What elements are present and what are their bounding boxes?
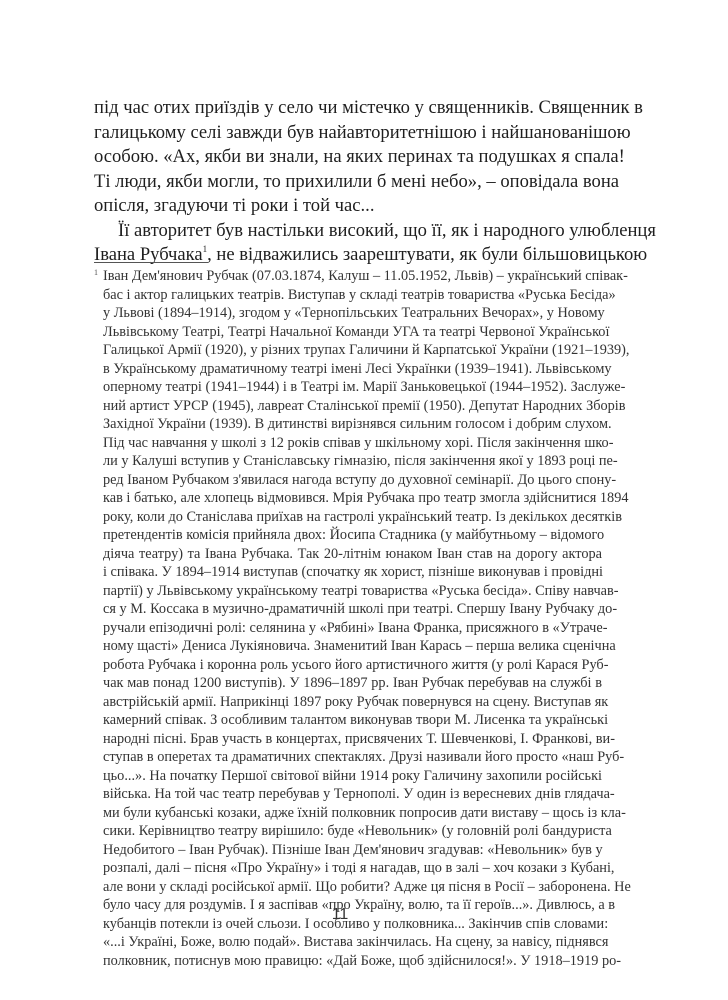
- footnote-line: розпалі, далі – пісня «Про Україну» і то…: [103, 859, 602, 878]
- footnote-marker: 1: [94, 267, 98, 279]
- page-number: 11: [0, 906, 680, 924]
- footnote-line: камерний співак. З особливим талантом ви…: [103, 711, 602, 730]
- footnote-line: партії) у Львівському українському театр…: [103, 582, 602, 601]
- footnote-lines: Іван Дем'янович Рубчак (07.03.1874, Калу…: [94, 267, 602, 970]
- footnote-line: полковник, потиснув мою правицю: «Дай Бо…: [103, 952, 602, 971]
- footnote-line: ступав в оперетах та драматичних спектак…: [103, 748, 602, 767]
- main-line: під час отих приїздів у село чи містечко…: [94, 96, 602, 121]
- footnote-line: ред Іваном Рубчаком з'явилася нагода вст…: [103, 471, 602, 490]
- main-line-with-footnote-ref: Івана Рубчака1, не відважились заарештув…: [94, 243, 602, 268]
- footnote-line: Галицької Армії (1920), у різних трупах …: [103, 341, 602, 360]
- footnote-line: кав і батько, але хлопець відмовився. Мр…: [103, 489, 602, 508]
- paragraph-start-line: Її авторитет був настільки високий, що ї…: [94, 219, 602, 244]
- footnote-line: ся у М. Коссака в музично-драматичній шк…: [103, 600, 602, 619]
- footnote-line: ми були кубанські козаки, адже їхній пол…: [103, 804, 602, 823]
- footnote-line: війська. На той час театр перебував у Те…: [103, 785, 602, 804]
- footnote-line: Іван Дем'янович Рубчак (07.03.1874, Калу…: [103, 267, 602, 286]
- footnote-line: народні пісні. Брав участь в концертах, …: [103, 730, 602, 749]
- footnote-line: Західної України (1939). В дитинстві вир…: [103, 415, 602, 434]
- footnote-line: претендентів комісія прийняла двох: Йоси…: [103, 526, 602, 545]
- main-line: опісля, згадуючи ті роки і той час...: [94, 194, 602, 219]
- footnote-line: бас і актор галицьких театрів. Виступав …: [103, 286, 602, 305]
- footnote-line: ручали епізодичні ролі: селянина у «Ряби…: [103, 619, 602, 638]
- footnote-line: і співака. У 1894–1914 виступав (спочатк…: [103, 563, 602, 582]
- main-line: особою. «Ах, якби ви знали, на яких пери…: [94, 145, 602, 170]
- footnote-line: року, коли до Станіслава приїхав на гаст…: [103, 508, 602, 527]
- footnote-line: але вони у складі російської армії. Що р…: [103, 878, 602, 897]
- footnote-line: Львівському Театрі, Театрі Начальної Ком…: [103, 323, 602, 342]
- footnote-line: цьо...». На початку Першої світової війн…: [103, 767, 602, 786]
- footnote-line: чак мав понад 1200 виступів). У 1896–189…: [103, 674, 602, 693]
- footnote-line: робота Рубчака і коронна роль усього йог…: [103, 656, 602, 675]
- footnote-separator-rule: [94, 262, 208, 263]
- footnote-line: сики. Керівництво театру вирішило: буде …: [103, 822, 602, 841]
- main-line: Ті люди, якби могли, то прихилили б мені…: [94, 170, 602, 195]
- footnote-line: австрійській армії. Наприкінці 1897 року…: [103, 693, 602, 712]
- footnote-line: діяча театру) та Івана Рубчака. Так 20-л…: [103, 545, 602, 564]
- main-line: галицькому селі завжди був найавторитетн…: [94, 121, 602, 146]
- main-body-text: під час отих приїздів у село чи містечко…: [94, 96, 602, 268]
- footnote-line: у Львові (1894–1914), згодом у «Тернопіл…: [103, 304, 602, 323]
- footnote-line: Недобитого – Іван Рубчак). Пізніше Іван …: [103, 841, 602, 860]
- footnote-line: оперному театрі (1941–1944) і в Театрі і…: [103, 378, 602, 397]
- main-line-rest: , не відважились заарештувати, як були б…: [207, 244, 647, 265]
- footnote-line: в Українському драматичному театрі імені…: [103, 360, 602, 379]
- book-page: під час отих приїздів у село чи містечко…: [0, 0, 728, 1000]
- footnote-line: ли у Калуші вступив у Станіславську гімн…: [103, 452, 602, 471]
- footnote-block: 1 Іван Дем'янович Рубчак (07.03.1874, Ка…: [94, 267, 602, 970]
- footnote-line: ний артист УРСР (1945), лавреат Сталінсь…: [103, 397, 602, 416]
- footnote-line: «...і Україні, Боже, волю подай». Вистав…: [103, 933, 602, 952]
- footnote-line: Під час навчання у школі з 12 років спів…: [103, 434, 602, 453]
- footnote-line: ному щасті» Дениса Лукіяновича. Знаменит…: [103, 637, 602, 656]
